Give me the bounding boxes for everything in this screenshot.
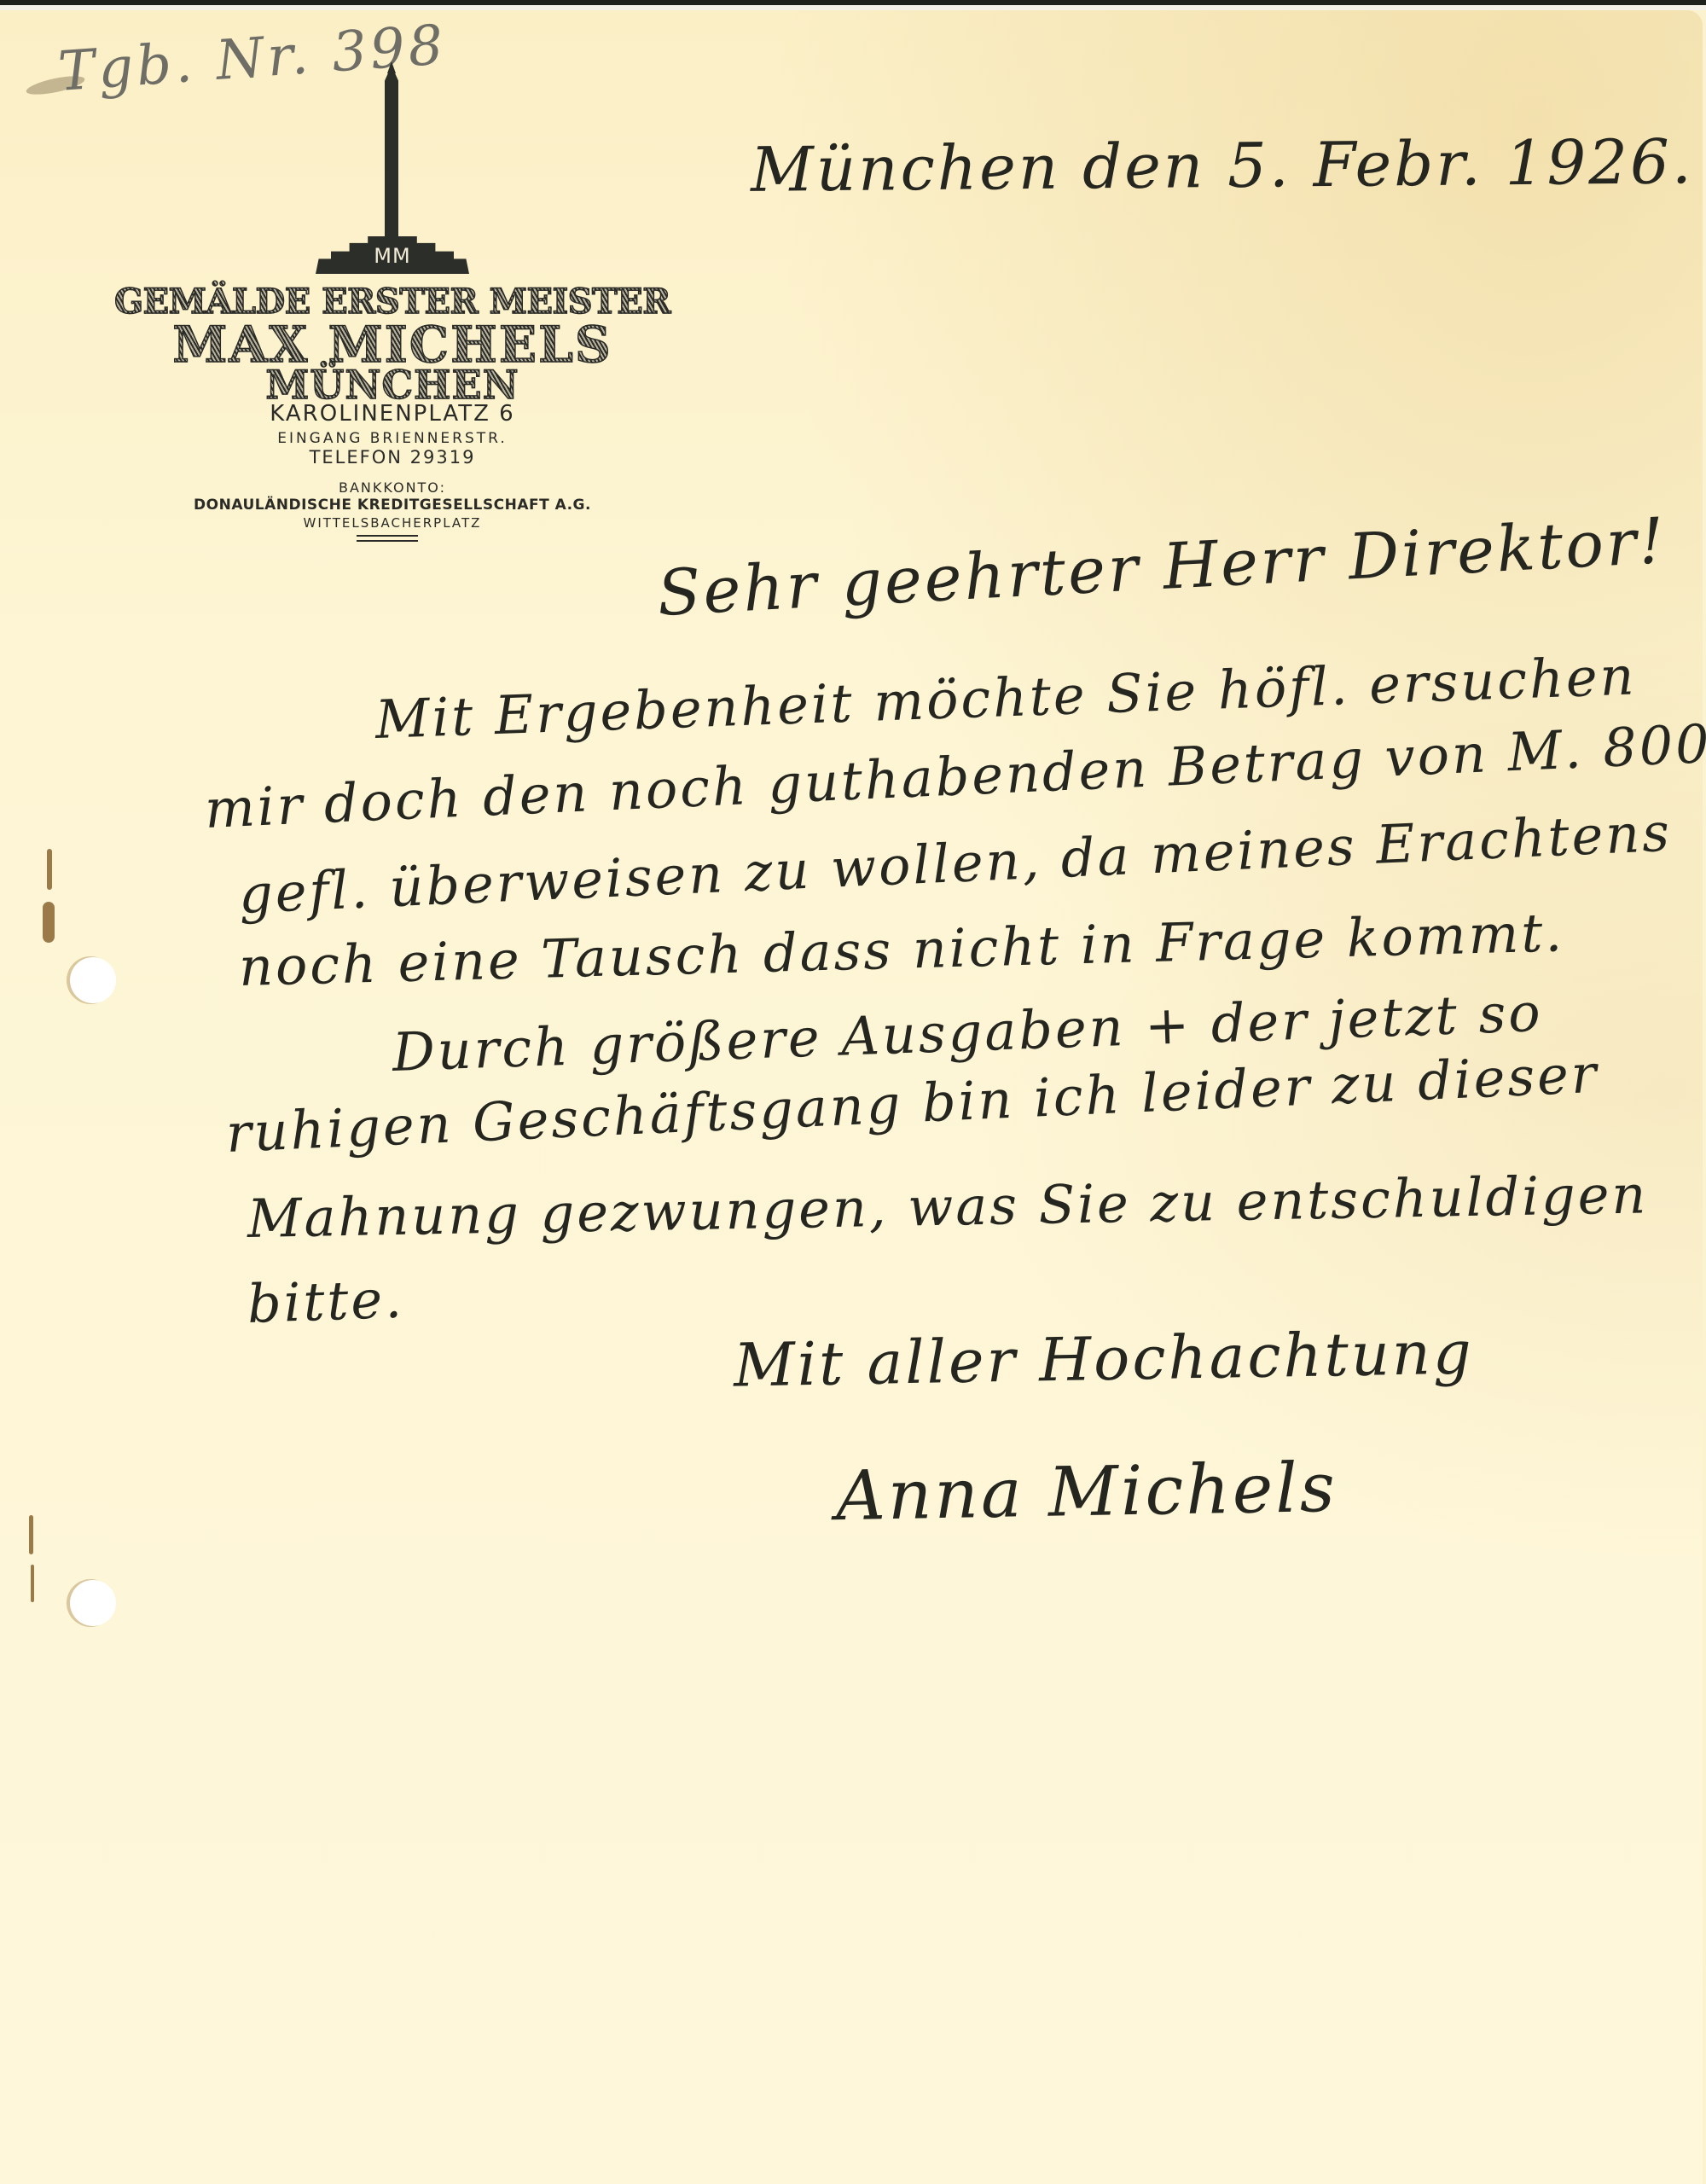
letterhead-phone: TELEFON 29319 [85,447,699,468]
rust-mark [47,849,52,890]
closing-phrase: Mit aller Hochachtung [733,1317,1474,1400]
logo-monogram: MM [316,244,469,268]
letterhead-bank-label: BANKKONTO: [85,479,699,496]
body-line: bitte. [247,1268,405,1335]
salutation: Sehr geehrter Herr Direktor! [656,504,1668,630]
letterhead-divider [357,540,418,542]
body-line: Mahnung gezwungen, was Sie zu entschuldi… [247,1163,1648,1250]
letterhead-address: KAROLINENPLATZ 6 [85,401,699,427]
rust-mark [43,902,55,943]
letter-page: Tgb. Nr. 398 MM GEMÄLDE ERSTER MEISTER M… [0,10,1703,2184]
punch-hole [70,957,116,1003]
signature: Anna Michels [835,1448,1338,1536]
place-and-date: München den 5. Febr. 1926. [751,125,1694,206]
scan-top-edge [0,0,1706,5]
rust-mark [29,1515,33,1554]
letterhead-bank-name: DONAULÄNDISCHE KREDITGESELLSCHAFT A.G. [85,497,699,514]
letterhead-entrance: EINGANG BRIENNERSTR. [85,430,699,447]
punch-hole [70,1580,116,1626]
rust-mark [31,1565,34,1602]
obelisk-shaft [385,70,398,249]
letterhead-bank-location: WITTELSBACHERPLATZ [85,515,699,531]
obelisk-icon: MM [316,61,469,275]
letterhead-divider [357,535,418,537]
